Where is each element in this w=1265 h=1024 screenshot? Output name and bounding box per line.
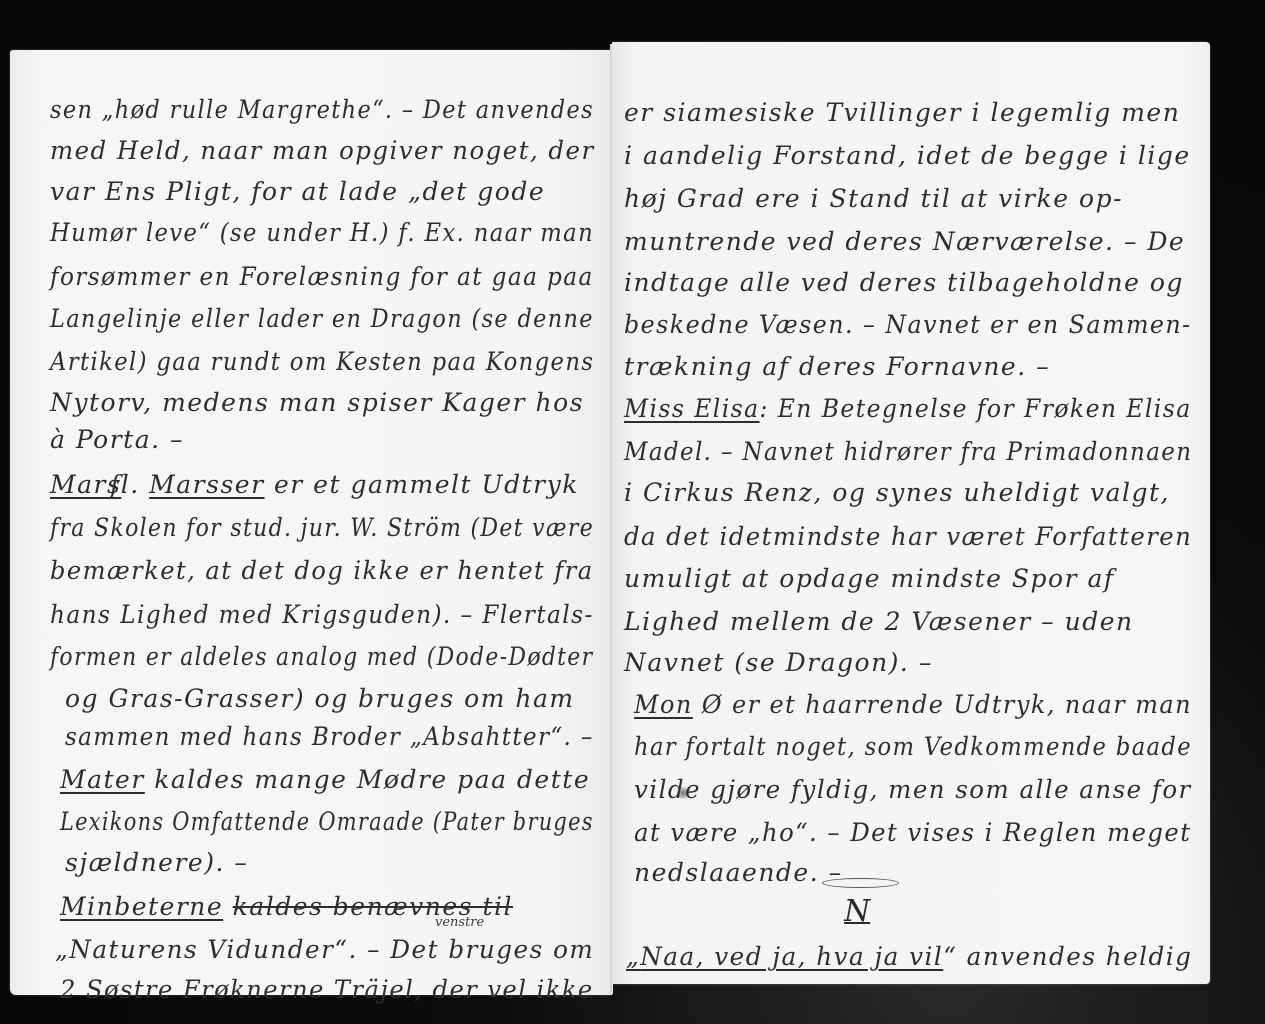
manuscript-line: sen „hød rulle Margrethe“. – Det anvende…: [50, 95, 594, 124]
manuscript-line: Madel. – Navnet hidrører fra Primadonnae…: [624, 437, 1192, 466]
manuscript-line: Langelinje eller lader en Dragon (se den…: [50, 304, 594, 333]
manuscript-line: da det idetmindste har været Forfatteren: [624, 522, 1192, 551]
manuscript-line: Lexikons Omfattende Omraade (Pater bruge…: [60, 807, 594, 836]
headword: Marsser: [149, 470, 264, 499]
manuscript-line: vilde gjøre fyldig, men som alle anse fo…: [634, 775, 1192, 804]
manuscript-line: høj Grad ere i Stand til at virke op-: [624, 184, 1123, 213]
entry-naa-ved-ja: „Naa, ved ja, hva ja vil“ anvendes heldi…: [626, 942, 1192, 971]
manuscript-line: Artikel) gaa rundt om Kesten paa Kongens: [50, 347, 594, 376]
manuscript-line: nedslaaende. –: [634, 858, 843, 887]
manuscript-line: 2 Søstre Frøknerne Träjel, der vel ikke: [60, 975, 594, 1004]
manuscript-line: sjældnere). –: [65, 848, 248, 877]
right-page: er siamesiske Tvillinger i legemlig men …: [612, 42, 1210, 984]
manuscript-line: i aandelig Forstand, idet de begge i lig…: [624, 141, 1191, 170]
manuscript-line: „Naturens Vidunder“. – Det bruges om: [55, 935, 594, 964]
manuscript-line: beskedne Væsen. – Navnet er en Sammen-: [624, 310, 1192, 339]
entry-mars-body: fl. Marsser er et gammelt Udtryk: [110, 470, 579, 499]
manuscript-line: bemærket, at det dog ikke er hentet fra: [50, 556, 594, 585]
entry-mon: Mon Ø er et haarrende Udtryk, naar man: [634, 690, 1192, 719]
manuscript-line: med Held, naar man opgiver noget, der: [50, 136, 595, 165]
headword: Minbeterne: [60, 892, 223, 921]
manuscript-line: hans Lighed med Krigsguden). – Flertals-: [50, 600, 594, 629]
manuscript-line: trækning af deres Fornavne. –: [624, 352, 1050, 381]
headword: „Naa, ved ja, hva ja vil: [626, 942, 943, 971]
manuscript-line: Lighed mellem de 2 Væsener – uden: [624, 607, 1134, 636]
manuscript-line: formen er aldeles analog med (Dode-Dødte…: [50, 642, 593, 671]
interlinear-insertion: venstre: [435, 915, 484, 930]
manuscript-line: sammen med hans Broder „Absahtter“. –: [65, 722, 594, 751]
manuscript-line: umuligt at opdage mindste Spor af: [624, 564, 1115, 593]
manuscript-line: og Gras-Grasser) og bruges om ham: [65, 684, 575, 713]
entry-miss-elisa: Miss Elisa: En Betegnelse for Frøken Eli…: [624, 394, 1192, 423]
manuscript-line: fra Skolen for stud. jur. W. Ström (Det …: [50, 513, 594, 542]
ink-smudge: [674, 787, 692, 799]
manuscript-line: at være „ho“. – Det vises i Reglen meget: [634, 818, 1191, 847]
manuscript-line: forsømmer en Forelæsning for at gaa paa: [50, 262, 594, 291]
manuscript-line: var Ens Pligt, for at lade „det gode: [50, 177, 545, 206]
headword: Mon: [634, 690, 693, 719]
manuscript-line: har fortalt noget, som Vedkommende baade: [634, 732, 1192, 761]
entry-mater: Mater kaldes mange Mødre paa dette: [60, 765, 590, 794]
manuscript-line: i Cirkus Renz, og synes uheldigt valgt,: [624, 478, 1170, 507]
manuscript-line: Navnet (se Dragon). –: [624, 648, 933, 677]
manuscript-line: à Porta. –: [50, 425, 184, 454]
divider-flourish: [822, 878, 899, 888]
manuscript-line: er siamesiske Tvillinger i legemlig men: [624, 98, 1180, 127]
manuscript-line: Nytorv, medens man spiser Kager hos: [50, 388, 584, 417]
section-letter-n: N: [844, 894, 870, 929]
headword: Mater: [60, 765, 145, 794]
headword: Miss Elisa: [624, 394, 760, 423]
manuscript-line: Humør leve“ (se under H.) f. Ex. naar ma…: [50, 218, 594, 247]
manuscript-line: muntrende ved deres Nærværelse. – De: [624, 227, 1185, 256]
manuscript-line: indtage alle ved deres tilbageholdne og: [624, 268, 1184, 297]
left-page: sen „hød rulle Margrethe“. – Det anvende…: [10, 50, 612, 995]
